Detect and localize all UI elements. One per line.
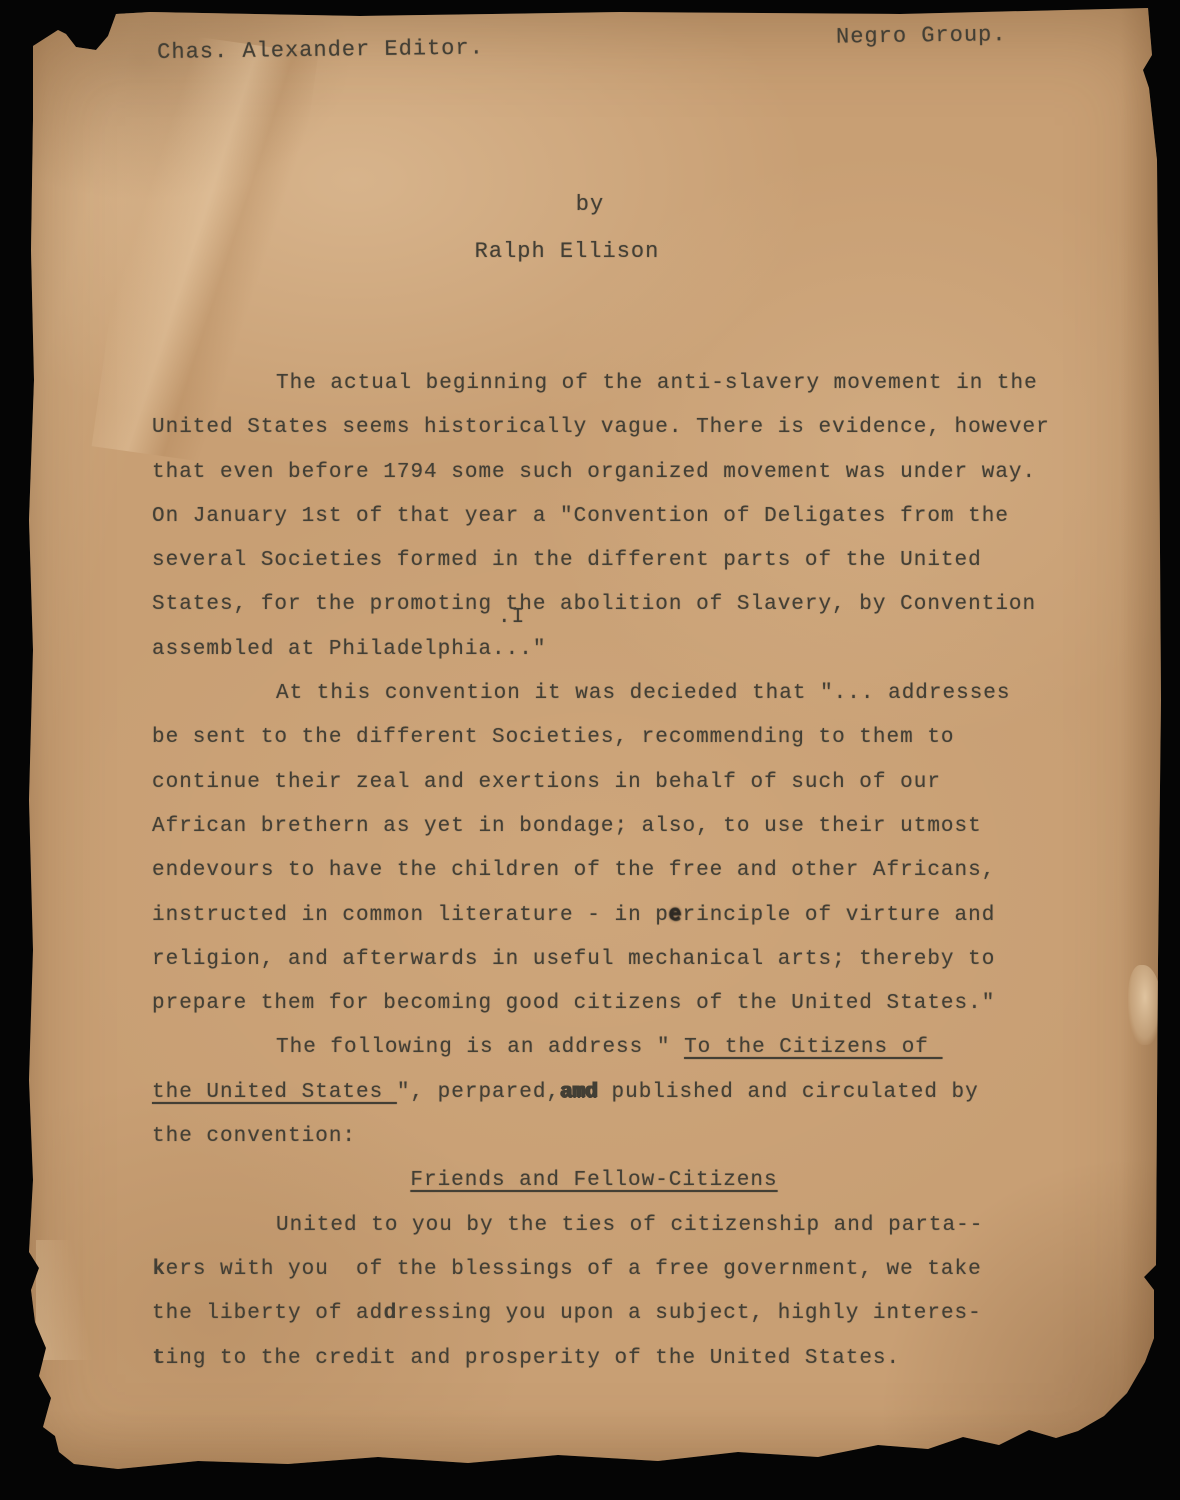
overstruck-character: d [383,1302,397,1325]
byline: by [35,192,1145,217]
typed-line: be sent to the different Societies, reco… [152,716,1092,760]
author-name: Ralph Ellison [0,239,1145,264]
line-segment: published and circulated by [598,1081,979,1104]
typed-line: The actual beginning of the anti-slavery… [152,362,1092,406]
overstruck-character: t [152,1347,166,1370]
paper-tear-flap-bottom-left [36,1240,96,1360]
document-body: The actual beginning of the anti-slavery… [152,362,1092,1381]
line-segment: ", perpared, [397,1081,560,1104]
overstruck-word: amd [560,1081,598,1104]
typed-line-with-underline: The following is an address " To the Cit… [152,1026,1092,1070]
typed-line: the convention: [152,1115,1092,1159]
typed-line-with-overstrike: the liberty of addressing you upon a sub… [152,1292,1092,1336]
line-segment: ressing you upon a subject, highly inter… [397,1302,982,1325]
typed-line-with-overstrike: ting to the credit and prosperity of the… [152,1337,1092,1381]
blotted-character: e [669,904,683,927]
underlined-address-title: To the Citizens of [684,1036,942,1059]
line-segment: the liberty of ad [152,1302,383,1325]
typed-line: religion, and afterwards in useful mecha… [152,938,1092,982]
title-block: by Ralph Ellison [35,192,1145,264]
typed-line: prepare them for becoming good citizens … [152,982,1092,1026]
line-segment: instructed in common literature - in p [152,904,669,927]
typed-line: At this convention it was decieded that … [152,672,1092,716]
typed-line: endevours to have the children of the fr… [152,849,1092,893]
typed-insertion-mark: .I [498,606,525,629]
typed-line-with-overstrike: kers with you of the blessings of a free… [152,1248,1092,1292]
paper-sheet: Chas. Alexander Editor. Negro Group. by … [0,0,1180,1500]
line-segment: ers with you of the blessings of a free … [166,1258,982,1281]
line-segment: rinciple of virture and [683,904,996,927]
section-heading: Friends and Fellow-Citizens [124,1159,1064,1203]
paper-tear-flap-right [1128,965,1162,1045]
heading-underlined-text: Friends and Fellow-Citizens [410,1169,777,1192]
typed-line-with-underline: the United States ", perpared,amd publis… [152,1071,1092,1115]
typed-line: continue their zeal and exertions in beh… [152,761,1092,805]
group-label: Negro Group. [836,22,1007,49]
typed-line: On January 1st of that year a "Conventio… [152,495,1092,539]
typed-line: several Societies formed in the differen… [152,539,1092,583]
scan-background: Chas. Alexander Editor. Negro Group. by … [0,0,1180,1500]
underlined-address-title: the United States [152,1081,397,1104]
typed-line: assembled at Philadelphia..." [152,628,1092,672]
typed-line: States, for the promoting the abolition … [152,583,1092,627]
typed-line: United to you by the ties of citizenship… [152,1204,1092,1248]
editor-credit: Chas. Alexander Editor. [157,35,484,65]
typed-line: United States seems historically vague. … [152,406,1092,450]
line-segment: ing to the credit and prosperity of the … [166,1347,901,1370]
line-segment: The following is an address " [276,1036,684,1059]
overstruck-character: k [152,1258,166,1281]
typed-line: that even before 1794 some such organize… [152,451,1092,495]
typed-line-with-blot: instructed in common literature - in per… [152,894,1092,938]
typed-line: African brethern as yet in bondage; also… [152,805,1092,849]
